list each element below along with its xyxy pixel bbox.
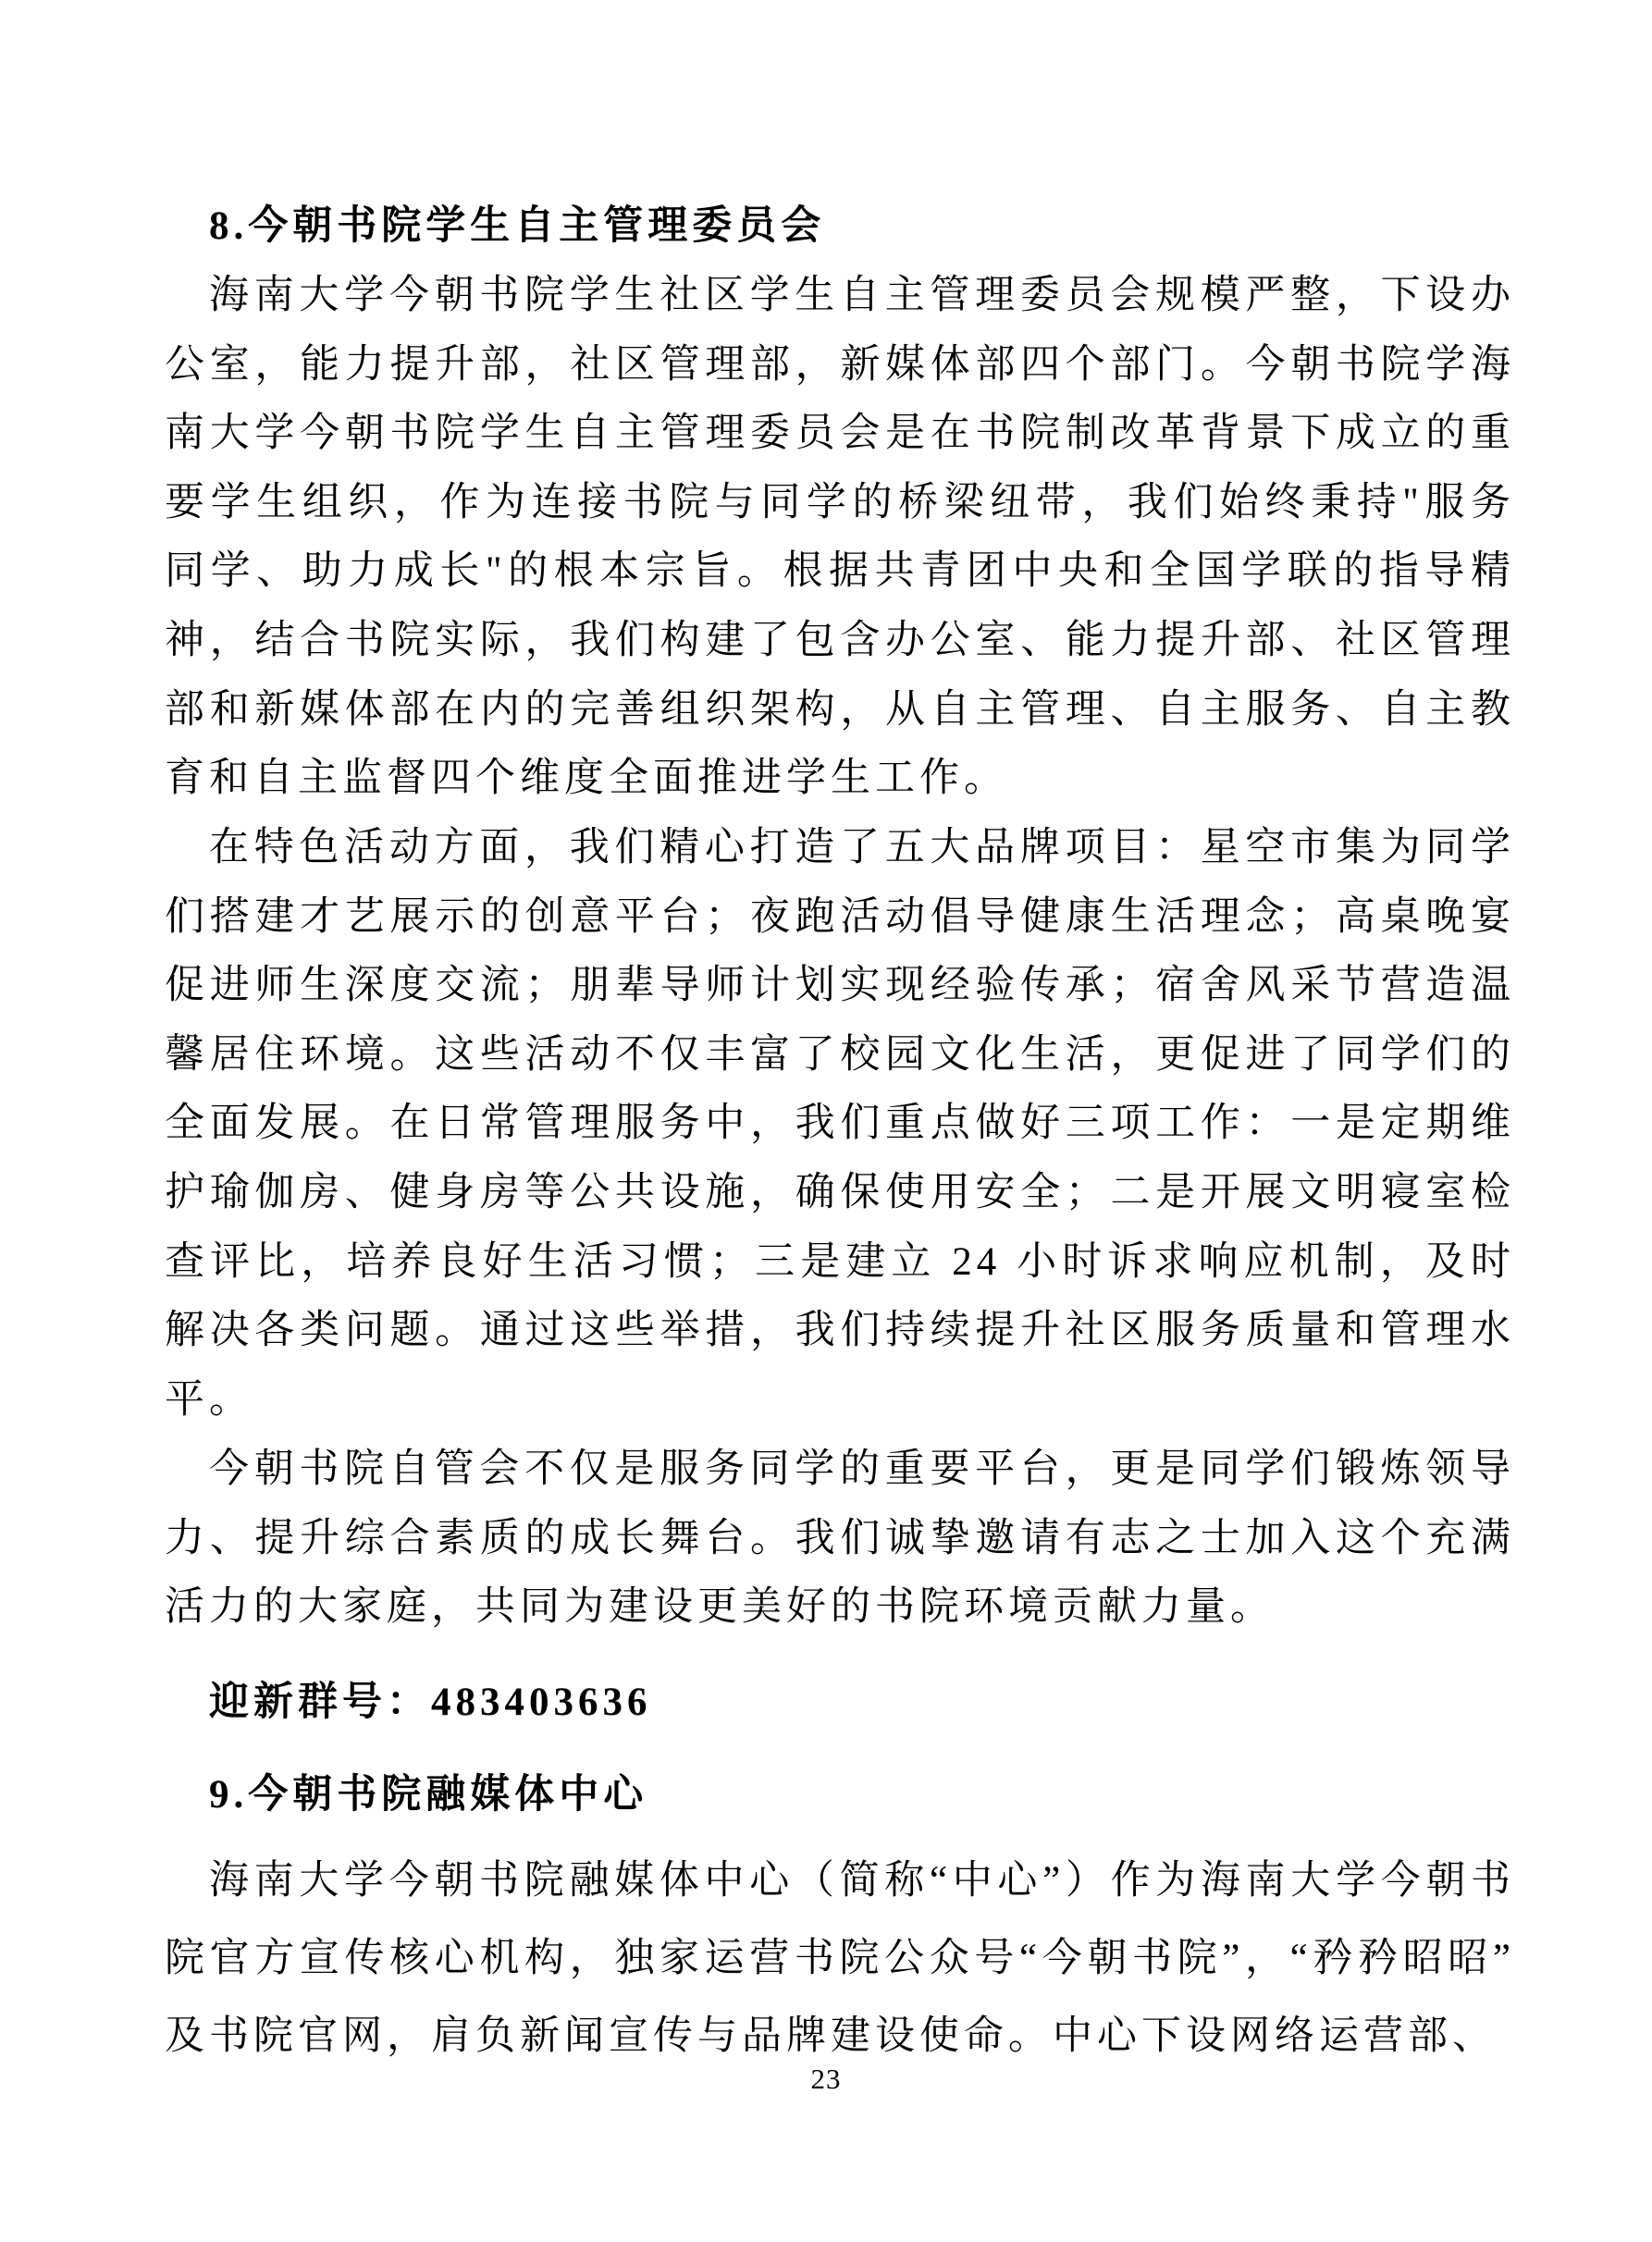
welcome-group-number-line: 迎新群号：483403636 (165, 1669, 1515, 1738)
section-9-heading: 9.今朝书院融媒体中心 (165, 1761, 1515, 1830)
section-8-paragraph-1: 海南大学今朝书院学生社区学生自主管理委员会规模严整，下设办公室，能力提升部，社区… (165, 262, 1515, 814)
section-8-heading: 8.今朝书院学生自主管理委员会 (165, 192, 1515, 262)
section-9-paragraph-1: 海南大学今朝书院融媒体中心（简称“中心”）作为海南大学今朝书院官方宣传核心机构，… (165, 1842, 1515, 2076)
section-8-paragraph-2: 在特色活动方面，我们精心打造了五大品牌项目：星空市集为同学们搭建才艺展示的创意平… (165, 814, 1515, 1435)
section-8-paragraph-3: 今朝书院自管会不仅是服务同学的重要平台，更是同学们锻炼领导力、提升综合素质的成长… (165, 1435, 1515, 1643)
document-page: 8.今朝书院学生自主管理委员会 海南大学今朝书院学生社区学生自主管理委员会规模严… (0, 0, 1652, 2242)
page-number: 23 (0, 2051, 1652, 2107)
